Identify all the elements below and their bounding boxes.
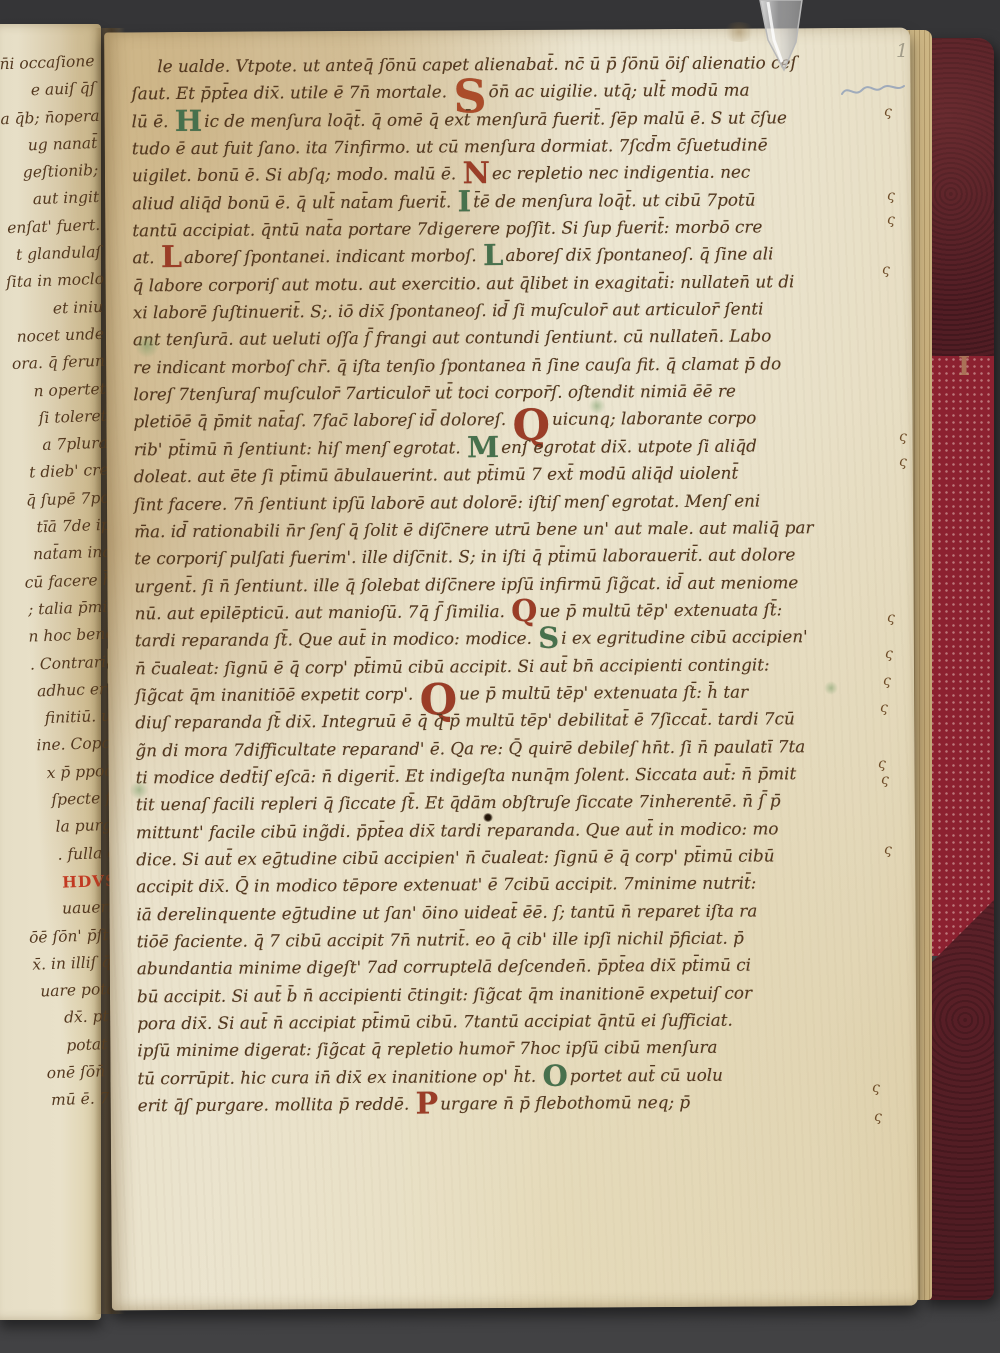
- line-text: n̄ c̄ualeat: ſignū ē q̄ corp' pt̄imū cib…: [135, 654, 770, 678]
- line-text: tū corrūpit. hic cura in̄ dix̄ ex inanit…: [137, 1066, 541, 1088]
- line-text: uicunq; laborante corpo: [552, 408, 756, 429]
- facing-page-line: ſita in moclo.: [6, 266, 103, 297]
- line-text: g̃n di mora 7difficultate reparand' ē. Q…: [135, 736, 805, 760]
- text-line: rib' pt̄imū n̄ ſentiunt: hiſ menſ egrota…: [134, 432, 850, 464]
- text-line: nū. aut epilēpticū. aut manioſū. 7q̄ ſ̄ …: [135, 596, 851, 628]
- line-text: tudo ē aut fuit ſano. ita 7infirmo. ut c…: [132, 134, 768, 158]
- text-line: at. Laboreſ ſpontanei. indicant morboſ. …: [132, 240, 848, 272]
- line-text: pletiōē q̄ p̄mit nat̄aſ. 7fac̄ laboreſ i…: [133, 409, 511, 431]
- facing-page-line: e auiſ q̄ſ: [0, 75, 96, 106]
- text-line: loreſ 7tenſuraſ muſculor̄ 7articulor̄ ut…: [133, 377, 849, 409]
- facing-page: n̄i occaſionee auiſ q̄ſa q̄b; n̄operaug …: [0, 24, 101, 1320]
- line-text: urgent̄. ſi n̄ ſentiunt. ille q̄ ſolebat…: [134, 572, 798, 596]
- text-line: tū corrūpit. hic cura in̄ dix̄ ex inanit…: [137, 1061, 853, 1093]
- text-line: ant tenſurā. aut ueluti oſſa ſ̄ frangi a…: [133, 322, 849, 354]
- line-text: iā derelinquente eḡtudine ut ſan' ōino u…: [136, 900, 757, 924]
- text-line: iā derelinquente eḡtudine ut ſan' ōino u…: [136, 897, 852, 929]
- text-line: doleat. aut ēte ſi pt̄imū ābulauerint. a…: [134, 459, 850, 491]
- line-text: tit uenaſ facili repleri q̄ ſiccate ſt̄.…: [136, 791, 781, 815]
- text-line: bū accipit. Si aut̄ b̄ n̄ accipienti c̄t…: [137, 979, 853, 1011]
- text-line: le ualde. Vtpote. ut anteq̄ ſōnū capet a…: [131, 49, 847, 81]
- text-line: pora dix̄. Si aut̄ n̄ accipiat pt̄imū ci…: [137, 1006, 853, 1038]
- text-line: q̄ labore corporiſ aut motu. aut exercit…: [133, 268, 849, 300]
- text-line: ti modice dedt̄iſ eſcā: n̄ digerit̄. Et …: [136, 760, 852, 792]
- line-text: ti modice dedt̄iſ eſcā: n̄ digerit̄. Et …: [136, 763, 797, 787]
- text-line: aliud aliq̄d bonū ē. q̄ ult̄ nat̄am fuer…: [132, 186, 848, 218]
- line-text: m̄a. id̄ rationabili n̄r ſenſ q̄ ſolit ē…: [134, 517, 813, 541]
- text-line: ſig̃cat q̄m inanitiōē expetit corp'. Que…: [135, 678, 851, 710]
- facing-page-line: nocet unde: [8, 321, 105, 352]
- facing-page-line: geſtionib;: [2, 157, 99, 188]
- facing-page-line: aut ingit: [3, 184, 100, 215]
- text-line: ipſū minime digerat: ſig̃cat q̄ repletio…: [137, 1033, 853, 1065]
- line-text: xi laborē ſuſtinuerit̄. S;. iō dix̄ ſpon…: [133, 299, 764, 323]
- line-text: ue p̄ multū tēp' extenuata ſt̄:: [539, 599, 782, 620]
- manuscript-photo: n̄i occaſionee auiſ q̄ſa q̄b; n̄operaug …: [0, 0, 1000, 1353]
- text-line: te corporiſ pulſati fuerim'. ille diſc̄n…: [134, 541, 850, 573]
- text-line: ſaut. Et p̄pt̄ea dix̄. utile ē 7n̄ morta…: [131, 76, 847, 108]
- text-line: re indicant morboſ chr̄. q̄ iſta tenſio …: [133, 350, 849, 382]
- facing-page-line: a q̄b; n̄opera: [0, 103, 97, 134]
- line-text: diuſ reparanda ſt̄ dix̄. Integruū ē q̄ q…: [135, 709, 795, 733]
- text-line: ſint facere. 7n̄ ſentiunt ipſū laborē au…: [134, 486, 850, 518]
- line-text: q̄ labore corporiſ aut motu. aut exercit…: [133, 271, 795, 295]
- line-text: ec repletio nec indigentia. nec: [492, 162, 750, 184]
- line-text: mittunt' facile cibū ing̃di. p̄pt̄ea dix…: [136, 818, 779, 842]
- text-line: mittunt' facile cibū ing̃di. p̄pt̄ea dix…: [136, 815, 852, 847]
- line-text: accipit dix̄. Q̄ in modico tēpore extenu…: [136, 873, 756, 897]
- line-text: te corporiſ pulſati fuerim'. ille diſc̄n…: [134, 544, 795, 568]
- line-text: re indicant morboſ chr̄. q̄ iſta tenſio …: [133, 353, 781, 377]
- cover-leather-bottom-corner: [922, 900, 994, 1300]
- manuscript-textblock: le ualde. Vtpote. ut anteq̄ ſōnū capet a…: [131, 49, 854, 1120]
- facing-page-line: a 7plura: [11, 430, 108, 461]
- facing-page-line: ora. q̄ ferun: [9, 348, 106, 379]
- line-text: abundantia minime digeſt' 7ad corruptelā…: [137, 955, 751, 979]
- text-line: g̃n di mora 7difficultate reparand' ē. Q…: [135, 733, 851, 765]
- line-text: ipſū minime digerat: ſig̃cat q̄ repletio…: [137, 1037, 717, 1061]
- text-line: xi laborē ſuſtinuerit̄. S;. iō dix̄ ſpon…: [133, 295, 849, 327]
- line-text: nū. aut epilēpticū. aut manioſū. 7q̄ ſ̄ …: [135, 601, 511, 623]
- line-text: aboreſ ſpontanei. indicant morboſ.: [184, 246, 482, 268]
- text-line: erit q̄ſ purgare. mollita p̄ reddē. Purg…: [138, 1088, 854, 1120]
- line-text: at.: [132, 248, 160, 268]
- line-text: ōn̄ ac uigilie. utq̄; ult̄ modū ma: [489, 80, 750, 102]
- line-text: pora dix̄. Si aut̄ n̄ accipiat pt̄imū ci…: [137, 1010, 733, 1034]
- text-line: uigilet. bonū ē. Si abſq; modo. malū ē. …: [132, 158, 848, 190]
- line-text: enſ egrotat dix̄. utpote ſi aliq̄d: [501, 435, 757, 457]
- line-text: rib' pt̄imū n̄ ſentiunt: hiſ menſ egrota…: [134, 437, 467, 459]
- book-cover: [922, 38, 994, 1300]
- line-text: ſig̃cat q̄m inanitiōē expetit corp'.: [135, 683, 419, 705]
- line-text: lū ē.: [132, 111, 174, 131]
- line-text: urgare n̄ p̄ flebothomū neq; p̄: [440, 1092, 690, 1114]
- line-text: tiōē faciente. q̄ 7 cibū accipit 7n̄ nut…: [137, 928, 744, 952]
- line-text: ſaut. Et p̄pt̄ea dix̄. utile ē 7n̄ morta…: [131, 82, 452, 104]
- line-text: tantū accipiat. q̄ntū nat̄a portare 7dig…: [132, 217, 762, 241]
- line-text: aliud aliq̄d bonū ē. q̄ ult̄ nat̄am fuer…: [132, 191, 457, 213]
- text-line: n̄ c̄ualeat: ſignū ē q̄ corp' pt̄imū cib…: [135, 650, 851, 682]
- facing-page-line: ſi toleret: [10, 403, 107, 434]
- facing-page-line: ug nanat̄: [1, 130, 98, 161]
- manuscript-page: le ualde. Vtpote. ut anteq̄ ſōnū capet a…: [104, 28, 918, 1311]
- line-text: ic de menſura loq̄t̄. q̄ omē q̄ ext̄ men…: [204, 107, 787, 131]
- line-text: ſint facere. 7n̄ ſentiunt ipſū laborē au…: [134, 490, 760, 514]
- text-line: urgent̄. ſi n̄ ſentiunt. ille q̄ ſolebat…: [134, 568, 850, 600]
- text-line: abundantia minime digeſt' 7ad corruptelā…: [137, 951, 853, 983]
- text-line: dice. Si aut̄ ex eḡtudine cibū accipien'…: [136, 842, 852, 874]
- blue-ink-squiggle: [840, 72, 910, 112]
- text-line: m̄a. id̄ rationabili n̄r ſenſ q̄ ſolit ē…: [134, 514, 850, 546]
- text-line: diuſ reparanda ſt̄ dix̄. Integruū ē q̄ q…: [135, 705, 851, 737]
- text-line: tardi reparanda ſt̄. Que aut̄ in modico:…: [135, 623, 851, 655]
- facing-page-line: n̄i occaſione: [0, 48, 95, 79]
- line-text: ue p̄ multū tēp' extenuata ſt̄: h̄ tar: [459, 681, 748, 703]
- text-line: lū ē. Hic de menſura loq̄t̄. q̄ omē q̄ e…: [132, 104, 848, 136]
- line-text: bū accipit. Si aut̄ b̄ n̄ accipienti c̄t…: [137, 982, 752, 1006]
- line-text: tardi reparanda ſt̄. Que aut̄ in modico:…: [135, 628, 538, 650]
- facing-page-line: n opertet: [9, 375, 106, 406]
- line-text: erit q̄ſ purgare. mollita p̄ reddē.: [138, 1094, 415, 1116]
- line-text: dice. Si aut̄ ex eḡtudine cibū accipien'…: [136, 845, 775, 869]
- text-line: tit uenaſ facili repleri q̄ ſiccate ſt̄.…: [136, 787, 852, 819]
- line-text: loreſ 7tenſuraſ muſculor̄ 7articulor̄ ut…: [133, 381, 736, 405]
- line-text: portet aut̄ cū uolu: [570, 1064, 723, 1085]
- ghost-initial-offset: I: [958, 352, 970, 382]
- facing-page-line: et iniu: [7, 294, 104, 325]
- facing-page-line: enſat' fuert.: [4, 212, 101, 243]
- line-text: t̄ē de menſura loq̄t̄. ut cibū 7potū: [473, 189, 755, 211]
- line-text: ant tenſurā. aut ueluti oſſa ſ̄ frangi a…: [133, 326, 771, 350]
- line-text: i ex egritudine cibū accipien': [561, 626, 808, 648]
- line-text: aboreſ dix̄ ſpontaneoſ. q̄ ſine ali: [505, 244, 773, 266]
- facing-page-line: t glandulaſ: [5, 239, 102, 270]
- line-text: doleat. aut ēte ſi pt̄imū ābulauerint. a…: [134, 463, 738, 487]
- cover-cloth-side: [922, 356, 994, 956]
- page-holder-clip: [752, 0, 814, 78]
- line-text: uigilet. bonū ē. Si abſq; modo. malū ē.: [132, 164, 462, 186]
- folio-number-pencil: 1: [896, 40, 908, 62]
- text-line: accipit dix̄. Q̄ in modico tēpore extenu…: [136, 869, 852, 901]
- text-line: tiōē faciente. q̄ 7 cibū accipit 7n̄ nut…: [137, 924, 853, 956]
